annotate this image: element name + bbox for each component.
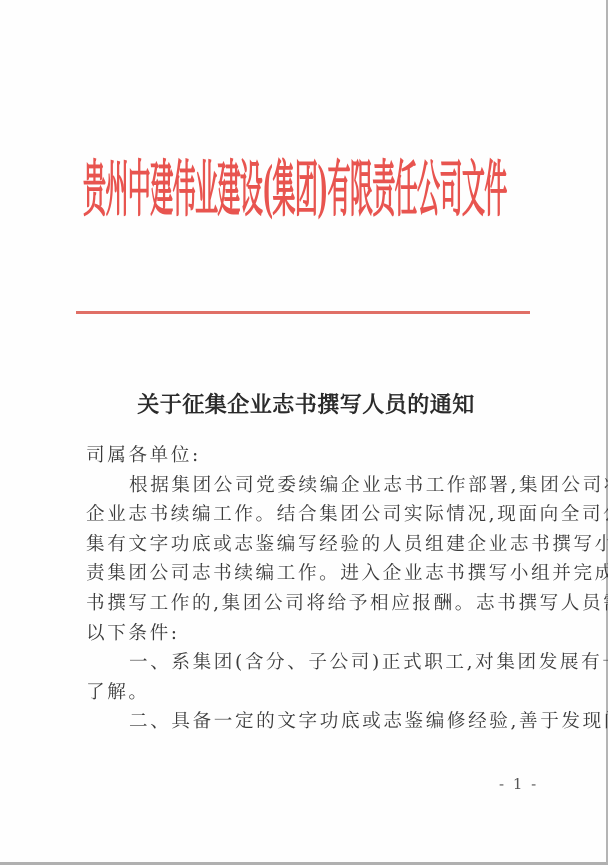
body-line: 根据集团公司党委续编企业志书工作部署,集团公司将启动 [86,471,536,501]
condition-item-1: 一、系集团(含分、子公司)正式职工,对集团发展有一定 [86,648,536,678]
page-number: - 1 - [499,774,538,794]
red-divider-line [76,311,530,314]
body-line: 责集团公司志书续编工作。进入企业志书撰写小组并完成企业志 [86,559,536,589]
body-line: 书撰写工作的,集团公司将给予相应报酬。志书撰写人员需具备 [86,589,536,619]
issuer-header-text: 贵州中建伟业建设(集团)有限责任公司文件 [83,158,507,219]
document-page: 贵州中建伟业建设(集团)有限责任公司文件 关于征集企业志书撰写人员的通知 司属各… [0,0,608,865]
body-line: 企业志书续编工作。结合集团公司实际情况,现面向全司公开征 [86,500,536,530]
notice-title: 关于征集企业志书撰写人员的通知 [0,390,608,420]
condition-item-2: 二、具备一定的文字功底或志鉴编修经验,善于发现问题并 [86,707,536,737]
body-line: 集有文字功底或志鉴编写经验的人员组建企业志书撰写小组,负 [86,530,536,560]
body-line: 以下条件: [86,619,536,649]
salutation: 司属各单位: [86,441,536,471]
notice-body: 司属各单位: 根据集团公司党委续编企业志书工作部署,集团公司将启动 企业志书续编… [86,441,536,737]
body-line: 了解。 [86,678,536,708]
issuer-red-header: 贵州中建伟业建设(集团)有限责任公司文件 [83,158,523,224]
